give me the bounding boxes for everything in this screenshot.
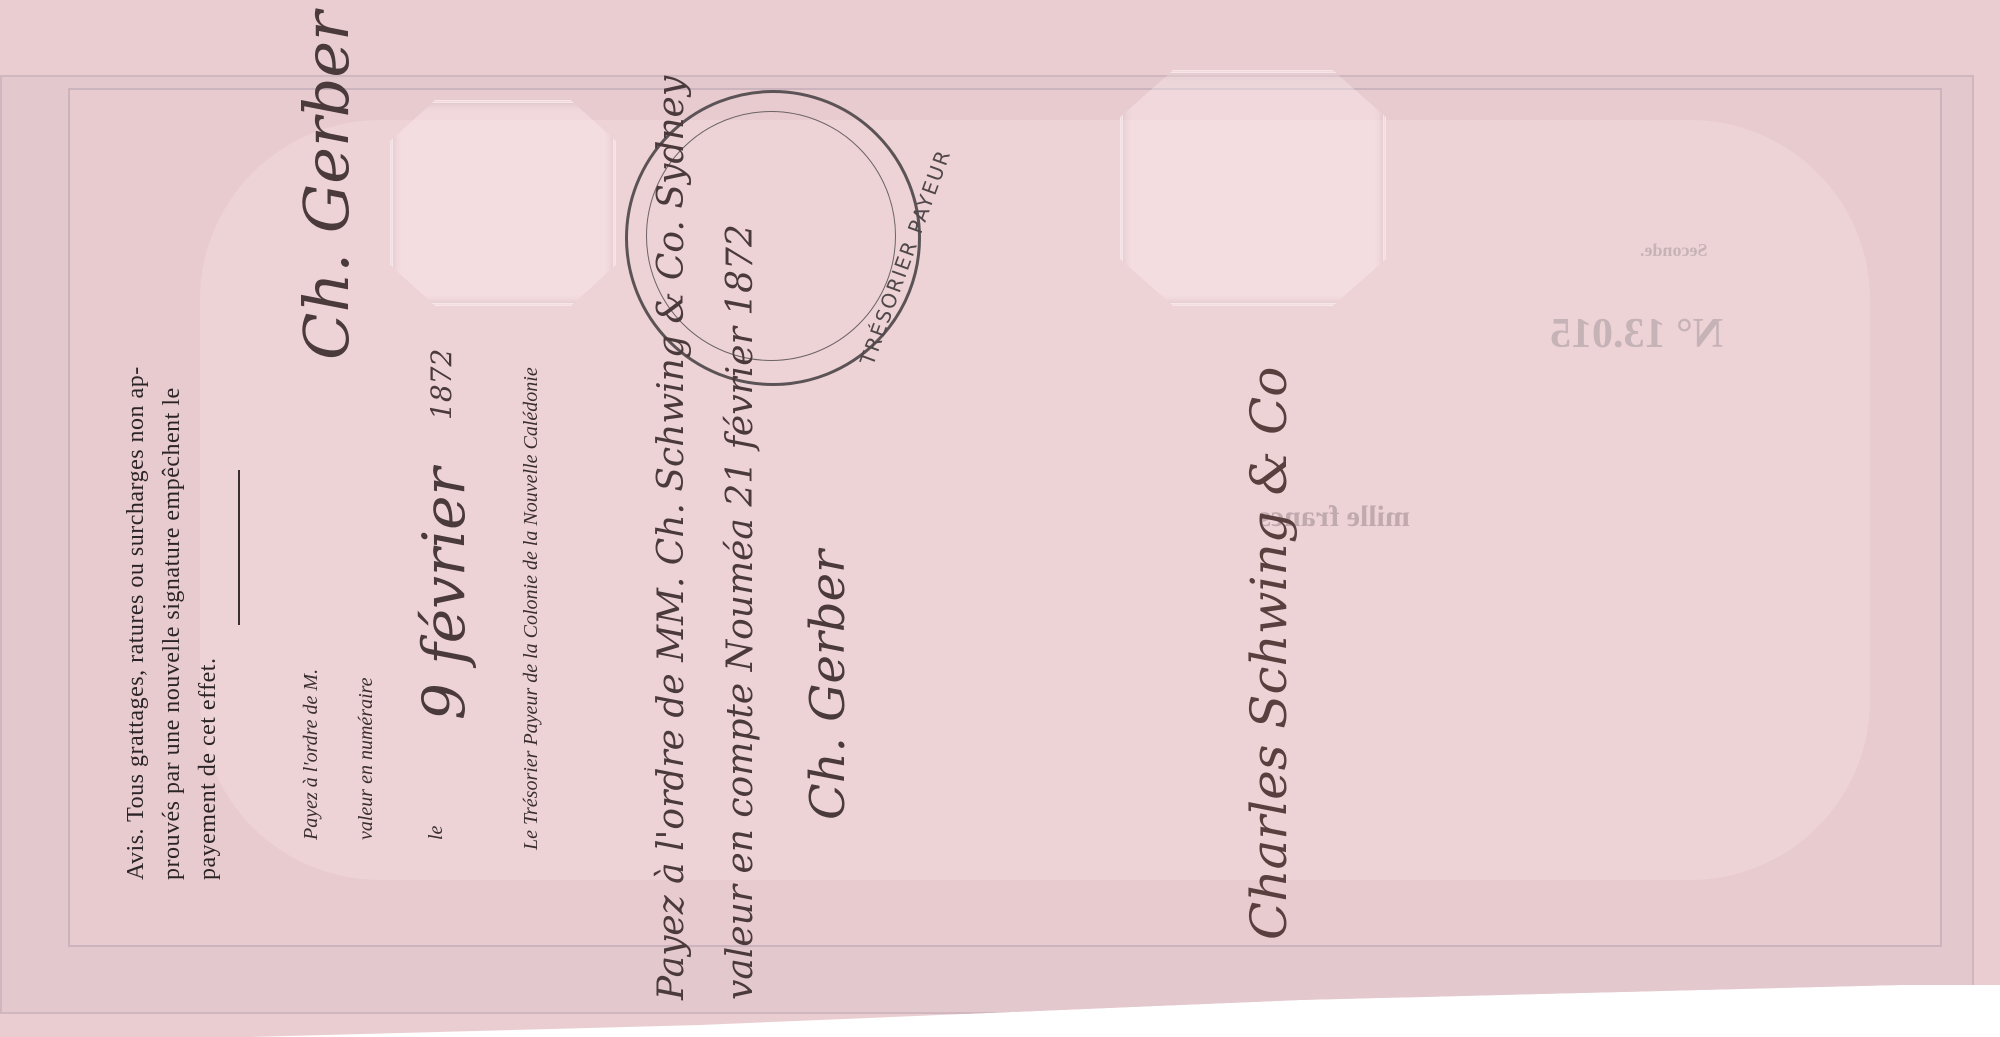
endorsement-line-1: Payez à l'ordre de MM. Ch. Schwing & Co.… (650, 76, 694, 1000)
embossed-seal-right (1120, 70, 1386, 306)
signature-rule (238, 470, 240, 625)
endorsement-line-2: valeur en compte Nouméa 21 février 1872 (720, 224, 761, 1000)
le-label: le (425, 826, 448, 840)
payez-label: Payez à l'ordre de M. (300, 669, 323, 840)
avis-notice: Avis. Tous grattages, ratures ou surchar… (118, 366, 226, 880)
handwritten-payee: Ch. Gerber (290, 11, 363, 360)
avis-line: payement de cet effet. (190, 366, 226, 880)
avis-line: prouvés par une nouvelle signature empêc… (154, 366, 190, 880)
document-paper: Seconde. N° 13.015 mille francs Avis. To… (0, 0, 2000, 1037)
handwritten-year: 1872 (425, 349, 458, 420)
bleed-number: N° 13.015 (1550, 310, 1723, 358)
bleed-serie: Seconde. (1640, 240, 1708, 261)
valeur-label: valeur en numéraire (355, 677, 378, 840)
embossed-seal-left (390, 100, 616, 306)
tresorier-label: Le Trésorier Payeur de la Colonie de la … (520, 367, 543, 850)
handwritten-date: 9 février (410, 468, 478, 720)
right-signature: Charles Schwing & Co (1240, 367, 1298, 940)
avis-line: Avis. Tous grattages, ratures ou surchar… (118, 366, 154, 880)
endorsement-signature: Ch. Gerber (800, 550, 856, 820)
